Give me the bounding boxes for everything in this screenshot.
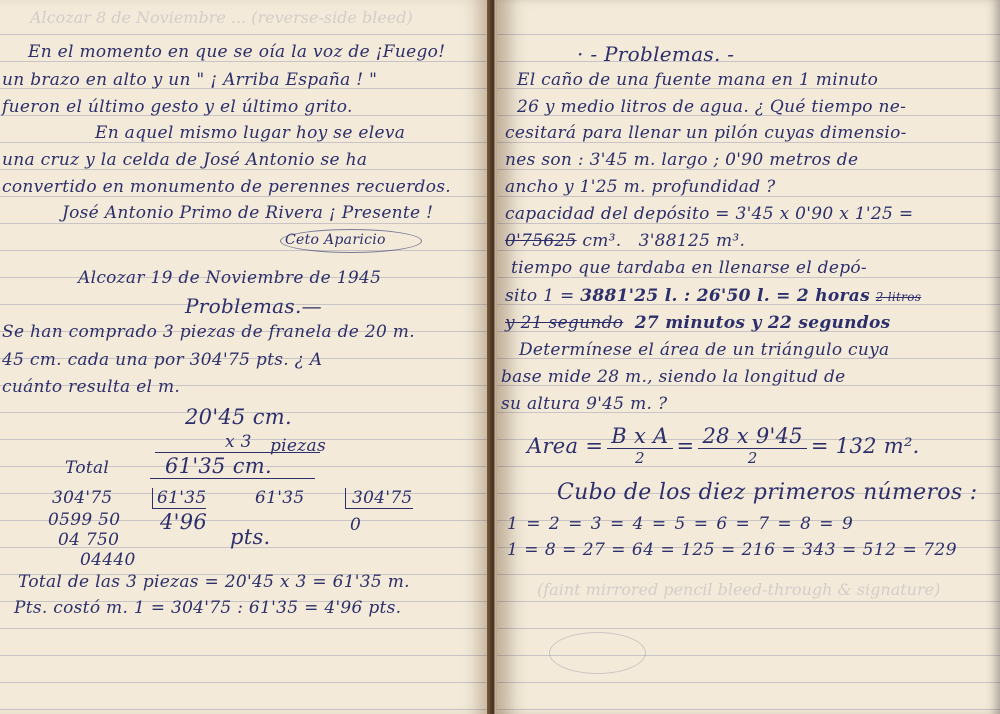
problem-line: cuánto resulta el m.	[2, 377, 180, 397]
time-struck-suffix: 2 litros	[876, 290, 921, 304]
problem-line: cesitará para llenar un pilón cuyas dime…	[505, 123, 907, 143]
cubes-row: 1 = 8 = 27 = 64 = 125 = 216 = 343 = 512 …	[507, 540, 957, 560]
text-line: En el momento en que se oía la voz de ¡F…	[28, 42, 445, 62]
area-label: Area	[527, 434, 578, 458]
calc-rule	[155, 452, 320, 453]
calc-rule	[150, 478, 315, 479]
division-divisor: 61'35	[152, 488, 206, 509]
time-result: 27 minutos y 22 segundos	[635, 313, 891, 333]
calc-product: 61'35 cm.	[165, 454, 272, 478]
left-notebook-page: Alcozar 8 de Noviembre ... (reverse-side…	[0, 0, 492, 714]
division-row: 04440	[80, 550, 136, 570]
text-line: una cruz y la celda de José Antonio se h…	[2, 150, 367, 170]
summary-line: Pts. costó m. 1 = 304'75 : 61'35 = 4'96 …	[14, 598, 401, 618]
problem2-line: base mide 28 m., siendo la longitud de	[501, 367, 846, 387]
area-formula: Area = B x A2 = 28 x 9'452 = 132 m².	[527, 424, 920, 467]
bleed-through-header: Alcozar 8 de Noviembre ... (reverse-side…	[30, 8, 413, 27]
problems-heading: · - Problemas. -	[577, 42, 734, 66]
formula-numerator: B x A	[607, 424, 672, 449]
cubes-heading: Cubo de los diez primeros números :	[557, 480, 977, 505]
time-value: 3881'25 l. : 26'50 l. = 2 horas	[580, 286, 870, 306]
division2-divisor: 304'75	[345, 488, 413, 509]
time-prefix: sito 1 =	[505, 286, 575, 306]
values-numerator: 28 x 9'45	[698, 424, 806, 449]
text-line: En aquel mismo lugar hoy se eleva	[95, 123, 405, 143]
text-line: convertido en monumento de perennes recu…	[2, 177, 451, 197]
capacity-line: capacidad del depósito = 3'45 x 0'90 x 1…	[505, 204, 913, 224]
problem-line: 26 y medio litros de agua. ¿ Qué tiempo …	[517, 97, 906, 117]
ghost-signature-flourish	[549, 632, 646, 674]
text-line: José Antonio Primo de Rivera ¡ Presente …	[62, 203, 433, 223]
time-line: tiempo que tardaba en llenarse el depó-	[511, 258, 867, 278]
struck-capacity-unit: cm³.	[582, 231, 621, 251]
values-denominator: 2	[748, 449, 758, 467]
signature-flourish	[280, 229, 422, 253]
total-label: Total	[65, 458, 109, 478]
division-unit: pts.	[230, 525, 271, 549]
problem-line: 45 cm. cada una por 304'75 pts. ¿ A	[2, 350, 322, 370]
division-row: 04 750	[58, 530, 119, 550]
calc-multiplicand: 20'45 cm.	[185, 405, 292, 429]
problems-heading: Problemas.—	[185, 294, 322, 318]
division-quotient: 4'96	[160, 510, 207, 534]
formula-denominator: 2	[635, 449, 645, 467]
struck-capacity: 0'75625	[505, 231, 577, 251]
division2-dividend: 61'35	[255, 488, 304, 508]
calc-multiplier: x 3	[225, 432, 252, 452]
division-row: 0599 50	[48, 510, 120, 530]
problem-line: ancho y 1'25 m. profundidad ?	[505, 177, 776, 197]
date-line: Alcozar 19 de Noviembre de 1945	[78, 268, 381, 288]
capacity-result: 3'88125 m³.	[639, 231, 746, 251]
problem-line: El caño de una fuente mana en 1 minuto	[517, 70, 878, 90]
text-line: fueron el último gesto y el último grito…	[2, 97, 353, 117]
numbers-row: 1 = 2 = 3 = 4 = 5 = 6 = 7 = 8 = 9	[507, 514, 854, 534]
problem2-line: Determínese el área de un triángulo cuya	[519, 340, 889, 360]
bleed-through-bottom: (faint mirrored pencil bleed-through & s…	[537, 580, 940, 599]
division2-remainder: 0	[350, 515, 361, 535]
text-line: un brazo en alto y un " ¡ Arriba España …	[2, 70, 377, 90]
division-dividend: 304'75	[52, 488, 113, 508]
problem-line: Se han comprado 3 piezas de franela de 2…	[2, 322, 415, 342]
problem2-line: su altura 9'45 m. ?	[501, 394, 667, 414]
area-result: = 132 m².	[811, 434, 920, 458]
summary-line: Total de las 3 piezas = 20'45 x 3 = 61'3…	[18, 572, 410, 592]
right-notebook-page: · - Problemas. - El caño de una fuente m…	[497, 0, 1000, 714]
problem-line: nes son : 3'45 m. largo ; 0'90 metros de	[505, 150, 858, 170]
struck-seconds: y 21 segundo	[505, 313, 623, 333]
calc-multiplier-unit: piezas	[270, 436, 326, 456]
